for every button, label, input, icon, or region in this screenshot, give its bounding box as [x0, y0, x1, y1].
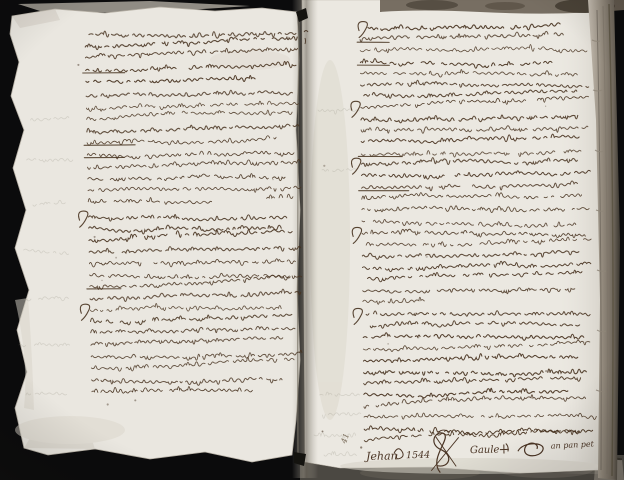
manuscript-scan: 41 Jehan 1544 Gaule an pan pet [0, 0, 624, 480]
vignette [0, 0, 624, 480]
manuscript-photo: 41 Jehan 1544 Gaule an pan pet [0, 0, 624, 480]
